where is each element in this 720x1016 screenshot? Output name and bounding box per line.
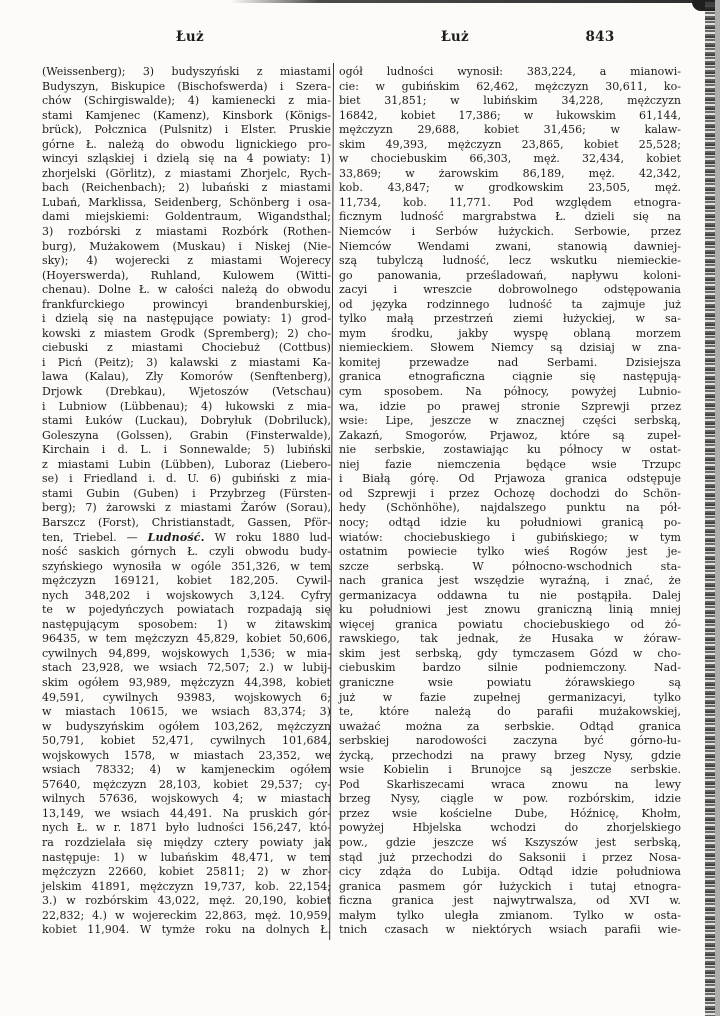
text-line: górneŁ.należądoobwodulignickiegopro- [42,138,331,153]
text-line: mymśrodku,jakbywyspęoblanąmorzem [339,327,681,342]
text-line: stach23,928,wewsiach72,507;2.)wlubij- [42,661,331,676]
text-line: rarozdzielałasięmiędzyczterypowiatyjak [42,836,331,851]
text-line: Kirchainid.L.iSonnewalde;5)lubiński [42,443,331,458]
text-line: przezwsiekościelneDube,Hóźnicę,Khołm, [339,807,681,822]
scan-right-edge-outer-artifact [715,0,720,1016]
text-line: 3)rozbórskizmiastamiRozbórk(Rothen- [42,225,331,240]
text-line: stamiKamjenec(Kamenz),Kinsbork(Königs- [42,109,331,124]
text-line: serbskiejnarodowościzaczynabyćgórno-łu- [339,734,681,749]
text-line: ficznagranicajestnajwytrwalsza,odXVIw. [339,894,681,909]
text-line: (Weissenberg);3)budyszyńskizmiastami [42,65,331,80]
text-line: biet31,851;wlubińskim34,228,mężczyzn [339,94,681,109]
text-line: 49,591,cywilnych93983,wojskowych6; [42,691,331,706]
text-line: Zakazń,Smogorów,Prjawoz,któresązupeł- [339,429,681,444]
text-line: mężczyzn29,688,kobiet31,456;wkalaw- [339,123,681,138]
text-line: brzegNysy,ciąglewpow.rozbórskim,idzie [339,792,681,807]
text-line: jelskim41891,mężczyzn19,737,kob.22,154; [42,880,331,895]
text-line: wojskowych1578,wmiastach23,352,we [42,749,331,764]
text-line: cicyzdążadoLubija.Odtądidziepołudniowa [339,865,681,880]
text-line: NiemcówWendamizwani,stanowiądawniej- [339,240,681,255]
text-line: cywilnych94,899,wojskowych1,536;wmia- [42,647,331,662]
text-line: więcejgranicapowiatuchociebuskiegoodżó- [339,618,681,633]
text-line: wbudyszyńskimogółem103,262,mężczyzn [42,720,331,735]
text-line: życką,przechodzinaprawybrzegNysy,gdzie [339,749,681,764]
text-line: wsie:Lipe,jeszczewznacznejczęściserbską, [339,414,681,429]
text-line: 3.)wrozbórskim43,022,męż.20,190,kobiet [42,894,331,909]
text-line: powyżejHbjelskawchodzidozhorjelskiego [339,821,681,836]
text-line: tewpojedyńczychpowiatachrozpadająsię [42,603,331,618]
text-line: chenau).DolneŁ.wcałościnależądoobwodu [42,283,331,298]
text-line: bach(Reichenbach);2)lubańskizmiastami [42,181,331,196]
text-line: pow.,gdziejeszczewśKszyszówjestserbską, [339,836,681,851]
text-line: 13,149,wewsiach44,491.Napruskichgór- [42,807,331,822]
text-line: idzieląsięnanastępującepowiaty:1)grod- [42,312,331,327]
text-line: iPicń(Peitz);3)kalawskizmiastamiKa- [42,356,331,371]
text-line: burg),Mużakowem(Muskau)iNiskej(Nie- [42,240,331,255]
text-line: wiatów:chociebuskiegoigubińskiego;wtym [339,531,681,546]
text-line: skim49,393,mężczyzn23,865,kobiet25,528; [339,138,681,153]
text-line: nośćsaskichgórnychŁ.czyliobwodubudy- [42,545,331,560]
text-line: Budyszyn,Biskupice(Bischofswerda)iSzera- [42,80,331,95]
text-line: ficznymludnośćmargrabstwaŁ.dzielisięna [339,210,681,225]
scan-top-edge-artifact [230,0,720,3]
text-line: niejfazieniemczeniabędącewsieTrzupc [339,458,681,473]
text-line: tnichczasachwniektórychwsiachparafiiwie- [339,923,681,938]
text-line: kob.43,847;wgrodkowskim23,505,męż. [339,181,681,196]
text-line: nychŁ.wr.1871byłoludności156,247,któ- [42,821,331,836]
text-line: ogółludnościwynosił:383,224,amianowi- [339,65,681,80]
text-line: wchociebuskim66,303,męż.32,434,kobiet [339,152,681,167]
text-line: odjęzykarodzinnegoludnośćtazajmujejuż [339,298,681,313]
header-keyword-right: Łuż [420,29,490,45]
text-line: wsiach78332;4)wkamjeneckimogółem [42,763,331,778]
text-line: wincyiszląskiejidzieląsięna4powiaty:1) [42,152,331,167]
text-line: wsieKobieliniBrunojcesąjeszczeserbskie. [339,763,681,778]
text-line: mężczyzn22660,kobiet25811;2)wzhor- [42,865,331,880]
text-line: stamiGubin(Guben)iPrzybrzeg(Fürsten- [42,487,331,502]
text-line: se)iFriedlandi.d.U.6)gubińskizmia- [42,472,331,487]
text-line: 96435,wtemmężczyzn45,829,kobiet50,606, [42,632,331,647]
text-line: granicznewsiepowiatużórawskiegosą [339,676,681,691]
text-line: iLubniow(Lübbenau);4)łukowskizmia- [42,400,331,415]
text-line: 11,734,kob.11,771.Podwzględemetnogra- [339,196,681,211]
text-line: szyńskiegowynosiławogóle351,326,wtem [42,560,331,575]
text-line: Lubań,Marklissa,Seidenberg,Schönbergiosa… [42,196,331,211]
text-line: PodSkarłiszecamiwracaznowunalewy [339,778,681,793]
text-line: stądjużprzechodzidoSaksoniiiprzezNosa- [339,851,681,866]
text-line: tylkomałąprzestrzeńziemiłużyckiej,wsa- [339,312,681,327]
left-column-text: (Weissenberg);3)budyszyńskizmiastamiBudy… [42,65,331,938]
text-line: zacyiiwreszciedobrowolnegoodstępowania [339,283,681,298]
text-line: lawa(Kalau),ZłyKomorów(Senftenberg), [42,370,331,385]
text-line: berg);7)żarowskizmiastamiŻarów(Sorau), [42,501,331,516]
text-line: nachgranicajestwszędziewyraźną,iznać,że [339,574,681,589]
page-number: 843 [565,29,635,45]
header-keyword-left: Łuż [155,29,225,45]
text-line: ostatnimpowiecietylkowieśRogówjestje- [339,545,681,560]
text-line: NiemcówiSerbówłużyckich.Serbowie,przez [339,225,681,240]
text-line: germanizacyaoddawnatuniepostąpiła.Dalej [339,589,681,604]
text-line: hedy(Schönhöhe),najdalszegopunktunapół- [339,501,681,516]
text-line: chów(Schirgiswalde);4)kamieneckizmia- [42,94,331,109]
text-line: wilnych57636,wojskowych4;wmiastach [42,792,331,807]
text-line: 50,791,kobiet52,471,cywilnych101,684, [42,734,331,749]
text-line: nocy;odtądidziekupołudniowigranicąpo- [339,516,681,531]
text-line: granicaetnograficznaciągniesięnastępują- [339,370,681,385]
text-line: Barszcz(Forst),Christianstadt,Gassen,Pfö… [42,516,331,531]
text-line: frankfurckiegoprowincyibrandenburskiej, [42,298,331,313]
text-line: 16842,kobiet17,386;włukowskim61,144, [339,109,681,124]
text-line: ciebuskimbardzosilniepodniemczony.Nad- [339,661,681,676]
text-line: następuje:1)wlubańskim48,471,wtem [42,851,331,866]
text-line: nych348,202iwojskowych3,124.Cyfry [42,589,331,604]
text-line: Goleszyna(Golssen),Grabin(Finsterwalde), [42,429,331,444]
text-line: (Hoyerswerda),Ruhland,Kulowem(Witti- [42,269,331,284]
text-line: sky);4)wojereckizmiastamiWojerecy [42,254,331,269]
text-line: zhorjelski(Görlitz),zmiastamiZhorjelc,Ry… [42,167,331,182]
text-line: stamiŁuków(Luckau),Dobryłuk(Dobriluck), [42,414,331,429]
text-line: odSzprewjiiprzezOchozędochodzidoSchön- [339,487,681,502]
text-line: komitejprzewadzenadSerbami.Dzisiejsza [339,356,681,371]
text-line: małymtylkouległazmianom.Tylkowosta- [339,909,681,924]
text-line: nieserbskie,zostawiająckupółnocywostat- [339,443,681,458]
text-line: kupołudniowijestznowugranicznąliniąmniej [339,603,681,618]
right-column-text: ogółludnościwynosił:383,224,amianowi-cie… [339,65,681,938]
text-line: cymsposobem.Napółnocy,powyżejLubnio- [339,385,681,400]
text-line: wmiastach10615,wewsiach83,374;3) [42,705,331,720]
text-line: kowskizmiastemGrodk(Spremberg);2)cho- [42,327,331,342]
text-line: jużwfaziezupełnejgermanizacyi,tylko [339,691,681,706]
text-line: Drjowk(Drebkau),Wjetoszów(Vetschau) [42,385,331,400]
text-line: uważaćmożnazaserbskie.Odtądgranica [339,720,681,735]
text-line: szątubylcząludność,leczwskutkuniemieckie… [339,254,681,269]
text-line: 22,832;4.)wwojereckim22,863,męż.10,959, [42,909,331,924]
text-line: skimogółem93,989,mężczyzn44,398,kobiet [42,676,331,691]
text-line: następującymsposobem:1)wżitawskim [42,618,331,633]
text-line: 57640,mężczyzn28,103,kobiet29,537;cy- [42,778,331,793]
text-line: te,którenależądoparafiimużakowskiej, [339,705,681,720]
text-line: wa,idziepoprawejstronieSzprewjiprzez [339,400,681,415]
text-line: cie:wgubińskim62,462,mężczyzn30,611,ko- [339,80,681,95]
text-line: mężczyzn169121,kobiet182,205.Cywil- [42,574,331,589]
text-line: damimiejskiemi:Goldentraum,Wigandsthal; [42,210,331,225]
text-line: ten,Triebel.—Ludność.Wroku1880lud- [42,531,331,546]
text-line: 33,869;wżarowskim86,189,męż.42,342, [339,167,681,182]
text-line: szczeserbską.Wpółnocno-wschodnichsta- [339,560,681,575]
text-line: ciebuskizmiastamiChociebuż(Cottbus) [42,341,331,356]
scanned-book-page: Łuż Łuż 843 (Weissenberg);3)budyszyńskiz… [0,0,720,1016]
text-line: rawskiego,takjednak,żeHusakawżóraw- [339,632,681,647]
text-line: kobiet11,904.WtymżerokunadolnychŁ. [42,923,331,938]
text-line: brück),Połcznica(Pulsnitz)iElster.Pruski… [42,123,331,138]
text-line: gopanowania,prześladowań,napływukoloni- [339,269,681,284]
text-line: iBiałągórę.OdPrjawozagranicaodstępuje [339,472,681,487]
text-line: zmiastamiLubin(Lübben),Luboraz(Liebero- [42,458,331,473]
text-line: niemieckiem.SłowemNiemcysądzisiajwzna- [339,341,681,356]
text-line: skimjestserbską,gdytymczasemGózdwcho- [339,647,681,662]
text-line: granicapasmemgórłużyckichitutajetnogra- [339,880,681,895]
